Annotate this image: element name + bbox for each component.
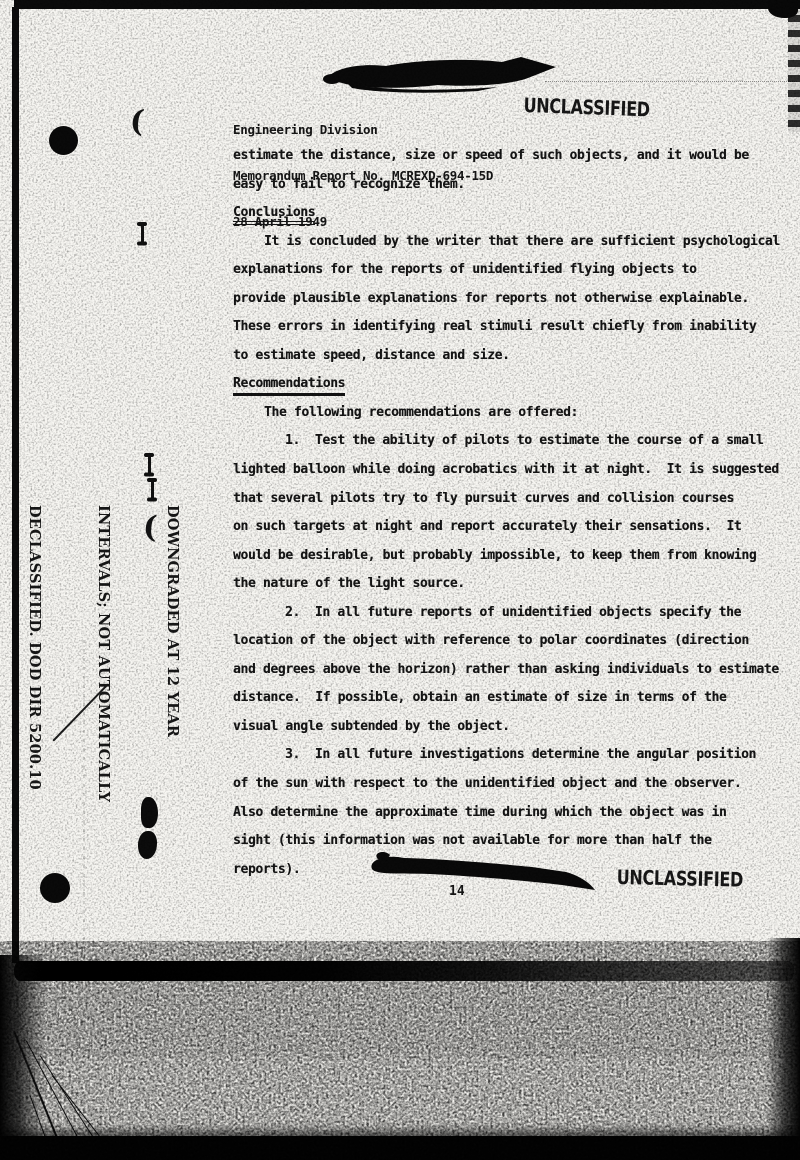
document-line: that several pilots try to fly pursuit c… [233,485,780,514]
margin-ibeam-mark [144,453,154,476]
document-line: sight (this information was not availabl… [233,827,780,856]
margin-ibeam-mark [147,478,157,501]
page-bottom-edge [14,961,794,981]
document-line: The following recommendations are offere… [264,399,780,428]
scan-edge-left [12,7,19,963]
document-line: and degrees above the horizon) rather th… [233,656,780,685]
margin-ibeam-mark [137,222,147,245]
document-line: visual angle subtended by the object. [233,713,780,742]
document-line: estimate the distance, size or speed of … [233,142,780,171]
ink-blob-mark [141,797,158,828]
document-line: lighted balloon while doing acrobatics w… [233,456,780,485]
side-stamp-line: DOWNGRADED AT 12 YEAR [161,505,184,767]
side-stamp-line: INTERVALS; NOT AUTOMATICALLY [92,505,115,767]
document-line: easy to fail to recognize them. [233,171,780,200]
document-line: of the sun with respect to the unidentif… [233,770,780,799]
margin-bracket-mark: ( [128,103,146,139]
ink-blob-mark [138,831,157,859]
document-line: to estimate speed, distance and size. [233,342,780,371]
document-line: Also determine the approximate time duri… [233,799,780,828]
scan-edge-bottom [0,1136,800,1160]
document-line: reports). [233,856,780,885]
unclassified-stamp-top: UNCLASSIFIED [523,93,650,121]
document-line: It is concluded by the writer that there… [264,228,780,257]
scan-bed-area [0,979,800,1160]
document-line: 3. In all future investigations determin… [285,741,780,770]
memo-header-division: Engineering Division [233,122,493,137]
document-line: location of the object with reference to… [233,627,780,656]
section-heading: Conclusions [233,199,780,228]
document-line: These errors in identifying real stimuli… [233,313,780,342]
scan-corner-mark [768,0,798,18]
punch-hole-bottom [40,873,70,903]
side-stamp-line: DECLASSIFIED. DOD DIR 5200.10 [23,505,46,767]
scan-vignette-right [766,938,800,1160]
scan-edge-top [14,0,800,9]
document-line: distance. If possible, obtain an estimat… [233,684,780,713]
document-line: explanations for the reports of unidenti… [233,256,780,285]
punch-hole-top [49,126,78,155]
scan-edge-right [788,0,800,132]
redaction-smudge-top [318,53,562,95]
document-line: 2. In all future reports of unidentified… [285,599,780,628]
memo-body-text: estimate the distance, size or speed of … [233,142,780,884]
document-line: on such targets at night and report accu… [233,513,780,542]
scan-line-artifact [545,81,797,82]
scanned-document-page: ( ( Engineering Division Memorandum Repo… [0,0,800,1160]
section-heading: Recommendations [233,370,780,399]
document-line: the nature of the light source. [233,570,780,599]
declassification-side-stamp: DOWNGRADED AT 12 YEAR INTERVALS; NOT AUT… [158,505,230,767]
document-line: would be desirable, but probably impossi… [233,542,780,571]
page-number: 14 [449,884,465,899]
document-line: 1. Test the ability of pilots to estimat… [285,427,780,456]
document-line: provide plausible explanations for repor… [233,285,780,314]
